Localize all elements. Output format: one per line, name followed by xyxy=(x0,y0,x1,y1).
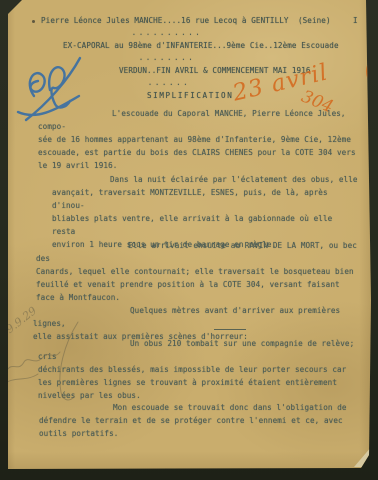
orange-edge-mark xyxy=(367,58,374,82)
paragraph-1: L'escouade du Caporal MANCHE, Pierre Léo… xyxy=(38,107,356,172)
separator-dots: ...... xyxy=(124,76,214,89)
torn-paper-edge xyxy=(354,446,372,467)
separator-dots: .......... xyxy=(122,26,212,39)
page-number: I xyxy=(353,14,358,27)
section-title: SIMPLIFICATION xyxy=(147,89,233,102)
paragraph-6: Mon escouade se trouvait donc dans l'obl… xyxy=(39,401,357,440)
paragraph-5: Un obus 210 tombait sur une compagnie de… xyxy=(38,337,358,402)
paragraph-3: Elle arrivait ensuite au RAVIN DE LA MOR… xyxy=(36,239,358,304)
paper-speck xyxy=(32,20,35,23)
scan-background: Pierre Léonce Jules MANCHE....16 rue Lec… xyxy=(0,0,378,480)
separator-dots: ........ xyxy=(122,51,212,64)
document-page: Pierre Léonce Jules MANCHE....16 rue Lec… xyxy=(0,0,378,480)
typed-underline xyxy=(214,329,246,330)
